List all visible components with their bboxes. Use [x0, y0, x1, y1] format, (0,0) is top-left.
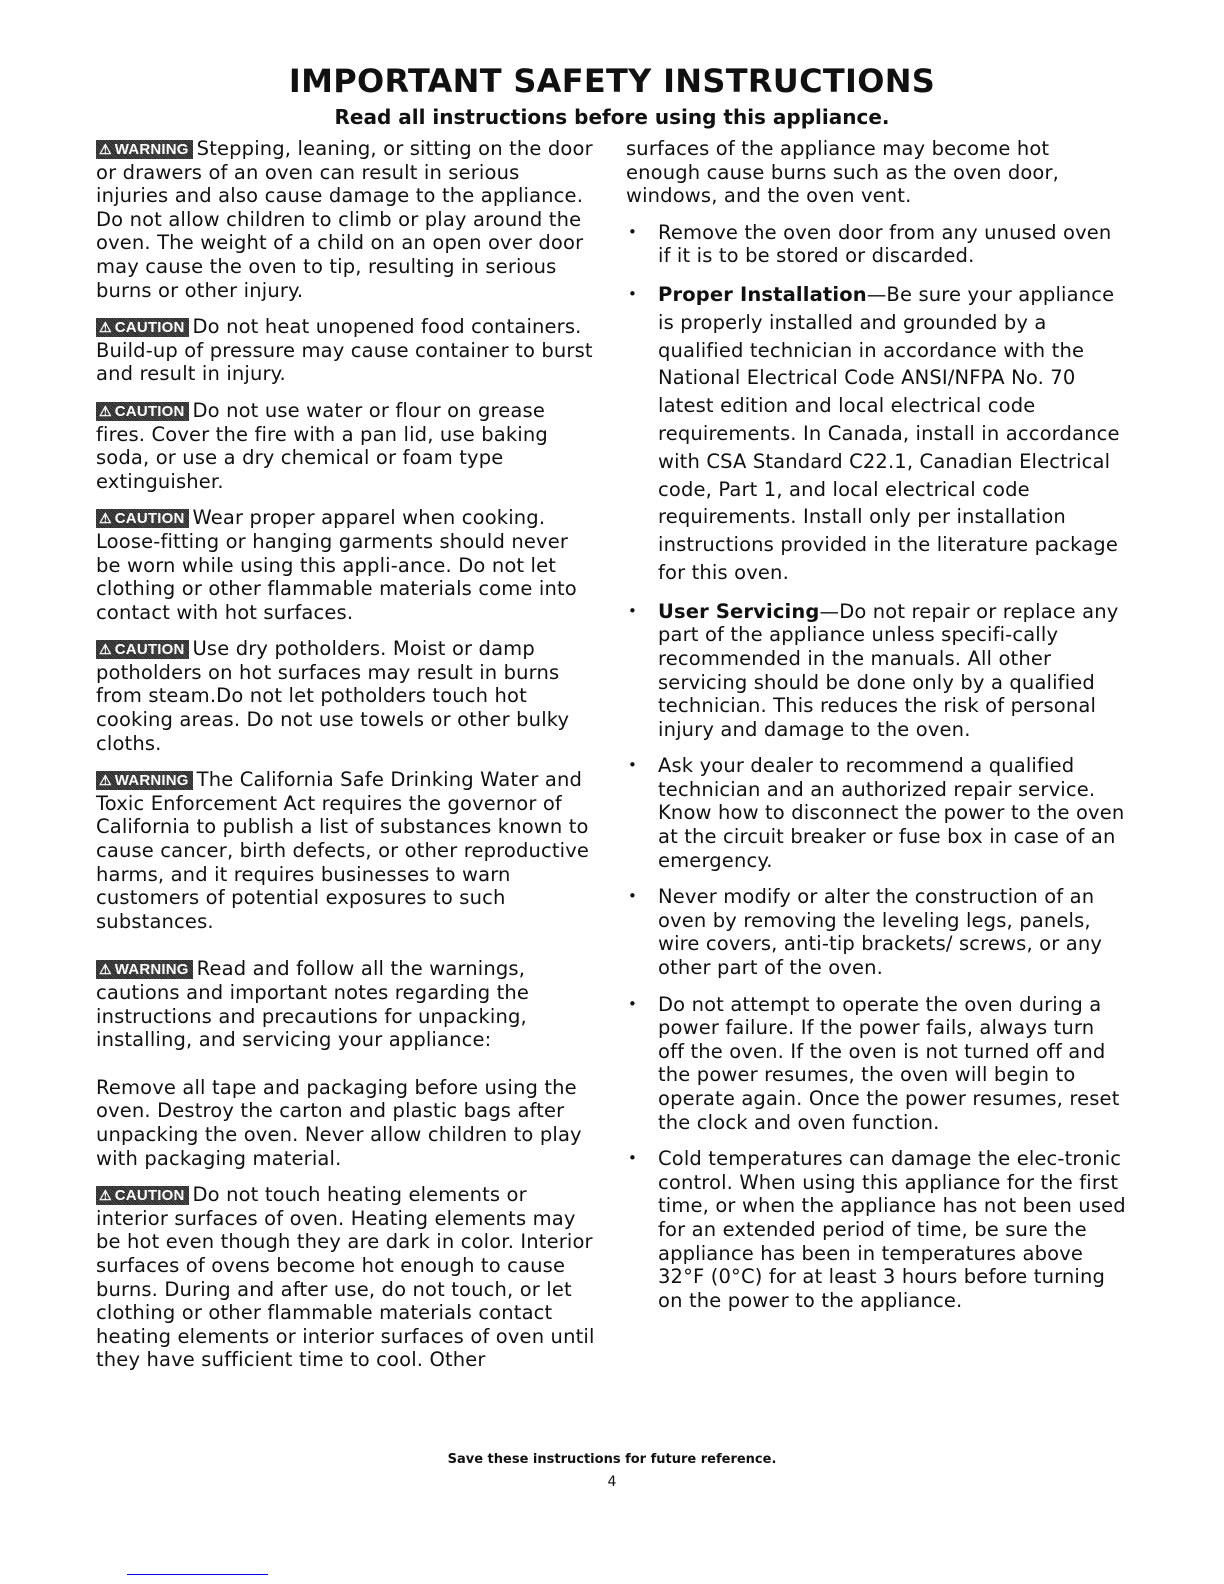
list-item: • Do not attempt to operate the oven dur…: [626, 993, 1126, 1135]
caution-badge: ⚠CAUTION: [96, 509, 189, 528]
page-number: 4: [0, 1474, 1224, 1490]
page-subtitle: Read all instructions before using this …: [0, 105, 1224, 129]
warning-badge: ⚠WARNING: [96, 140, 193, 159]
list-item: • Proper Installation—Be sure your appli…: [626, 281, 1126, 587]
list-item: • Cold temperatures can damage the elec-…: [626, 1147, 1126, 1312]
caution-badge: ⚠CAUTION: [96, 318, 189, 337]
caution-badge: ⚠CAUTION: [96, 640, 189, 659]
list-item: • Ask your dealer to recommend a qualifi…: [626, 754, 1126, 872]
warning-badge: ⚠WARNING: [96, 960, 193, 979]
list-item: • Never modify or alter the construction…: [626, 885, 1126, 979]
caution-badge: ⚠CAUTION: [96, 1186, 189, 1205]
bullet-icon: •: [628, 1147, 637, 1171]
warning-triangle-icon: ⚠: [99, 1186, 112, 1205]
warning-paragraph-california: ⚠WARNINGThe California Safe Drinking Wat…: [96, 768, 596, 933]
list-item: • User Servicing—Do not repair or replac…: [626, 600, 1126, 742]
warning-badge: ⚠WARNING: [96, 771, 193, 790]
paragraph-remove-packaging: Remove all tape and packaging before usi…: [96, 1076, 596, 1170]
caution-paragraph-apparel: ⚠CAUTIONWear proper apparel when cooking…: [96, 506, 596, 624]
footer-note: Save these instructions for future refer…: [0, 1452, 1224, 1467]
warning-paragraph-read-follow: ⚠WARNINGRead and follow all the warnings…: [96, 957, 596, 1051]
warning-triangle-icon: ⚠: [99, 140, 112, 159]
bullet-icon: •: [628, 281, 637, 309]
caution-paragraph-heating-elements: ⚠CAUTIONDo not touch heating elements or…: [96, 1183, 596, 1372]
warning-triangle-icon: ⚠: [99, 402, 112, 421]
right-column: surfaces of the appliance may become hot…: [626, 137, 1126, 1325]
link-underline-rule: [127, 1574, 268, 1575]
warning-triangle-icon: ⚠: [99, 318, 112, 337]
warning-triangle-icon: ⚠: [99, 509, 112, 528]
list-item: • Remove the oven door from any unused o…: [626, 221, 1126, 268]
warning-triangle-icon: ⚠: [99, 771, 112, 790]
page-title: IMPORTANT SAFETY INSTRUCTIONS: [0, 62, 1224, 100]
left-column: ⚠WARNINGStepping, leaning, or sitting on…: [96, 137, 596, 1385]
warning-triangle-icon: ⚠: [99, 640, 112, 659]
caution-paragraph-potholders: ⚠CAUTIONUse dry potholders. Moist or dam…: [96, 637, 596, 755]
bullet-icon: •: [628, 754, 637, 778]
bullet-icon: •: [628, 885, 637, 909]
caution-paragraph-grease-fires: ⚠CAUTIONDo not use water or flour on gre…: [96, 399, 596, 493]
bullet-icon: •: [628, 221, 637, 245]
caution-paragraph-containers: ⚠CAUTIONDo not heat unopened food contai…: [96, 315, 596, 386]
safety-bullet-list: • Remove the oven door from any unused o…: [626, 221, 1126, 1313]
warning-paragraph-tip: ⚠WARNINGStepping, leaning, or sitting on…: [96, 137, 596, 302]
paragraph-continuation: surfaces of the appliance may become hot…: [626, 137, 1126, 208]
bullet-icon: •: [628, 993, 637, 1017]
bullet-icon: •: [628, 600, 637, 624]
warning-triangle-icon: ⚠: [99, 960, 112, 979]
caution-badge: ⚠CAUTION: [96, 402, 189, 421]
